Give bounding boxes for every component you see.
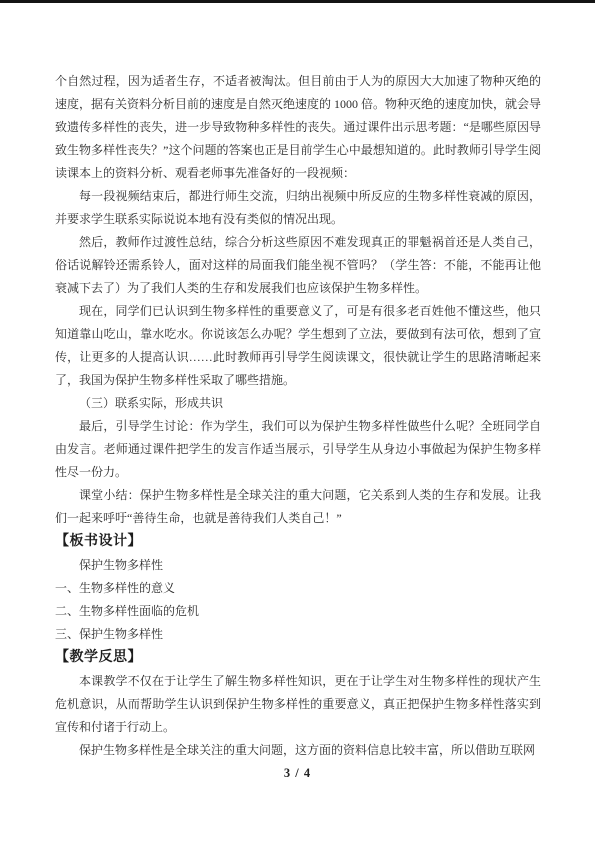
paragraph: 每一段视频结束后，都进行师生交流，归纳出视频中所反应的生物多样性衰减的原因，并要… bbox=[55, 185, 541, 231]
paragraph: 最后，引导学生讨论：作为学生，我们可以为保护生物多样性做些什么呢？全班同学自由发… bbox=[55, 415, 541, 484]
page-footer: 3 / 4 bbox=[0, 764, 595, 782]
paragraph: （三）联系实际，形成共识 bbox=[55, 392, 541, 415]
document-page: 个自然过程，因为适者生存，不适者被淘汰。但目前由于人为的原因大大加速了物种灭绝的… bbox=[0, 0, 595, 841]
paragraph: 现在，同学们已认识到生物多样性的重要意义了，可是有很多老百姓他不懂这些，他只知道… bbox=[55, 300, 541, 392]
board-design-line: 二、生物多样性面临的危机 bbox=[55, 600, 541, 623]
paragraph: 然后，教师作过渡性总结，综合分析这些原因不难发现真正的罪魁祸首还是人类自己，俗话… bbox=[55, 231, 541, 300]
page-top-border bbox=[0, 0, 595, 3]
paragraph: 保护生物多样性是全球关注的重大问题，这方面的资料信息比较丰富，所以借助互联网 bbox=[55, 739, 541, 762]
board-design-line: 保护生物多样性 bbox=[55, 554, 541, 577]
paragraph: 本课教学不仅在于让学生了解生物多样性知识，更在于让学生对生物多样性的现状产生危机… bbox=[55, 670, 541, 739]
section-heading: 【教学反思】 bbox=[55, 646, 541, 670]
paragraph: 课堂小结：保护生物多样性是全球关注的重大问题，它关系到人类的生存和发展。让我们一… bbox=[55, 484, 541, 530]
board-design-line: 一、生物多样性的意义 bbox=[55, 577, 541, 600]
board-design-line: 三、保护生物多样性 bbox=[55, 623, 541, 646]
paragraph: 个自然过程，因为适者生存，不适者被淘汰。但目前由于人为的原因大大加速了物种灭绝的… bbox=[55, 70, 541, 185]
page-number: 3 / 4 bbox=[284, 766, 311, 780]
document-content: 个自然过程，因为适者生存，不适者被淘汰。但目前由于人为的原因大大加速了物种灭绝的… bbox=[55, 70, 541, 762]
section-heading: 【板书设计】 bbox=[55, 530, 541, 554]
